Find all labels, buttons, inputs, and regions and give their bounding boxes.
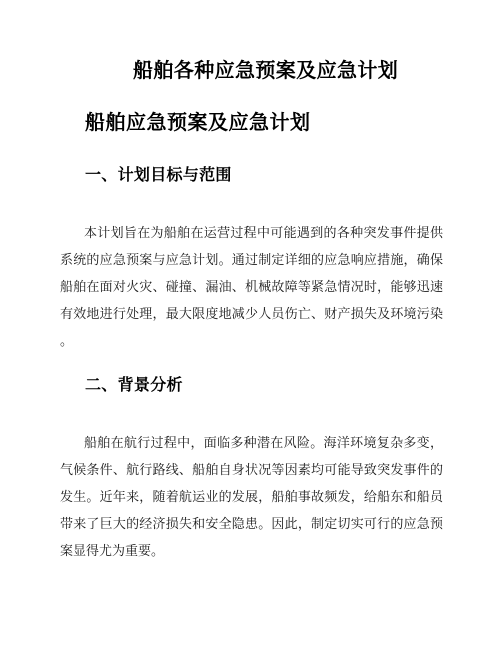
section-heading-plan-goals: 一、计划目标与范围: [85, 166, 232, 185]
paragraph-line: 船舶在航行过程中，面临多种潜在风险。海洋环境复杂多变，: [60, 429, 443, 456]
paragraph-line: 系统的应急预案与应急计划。通过制定详细的应急响应措施，确保: [60, 246, 443, 273]
paragraph-line: 带来了巨大的经济损失和安全隐患。因此，制定切实可行的应急预: [60, 510, 443, 537]
section-heading-background-analysis: 二、背景分析: [85, 376, 183, 395]
paragraph-line: 案显得尤为重要。: [60, 537, 443, 564]
paragraph-background-analysis: 船舶在航行过程中，面临多种潜在风险。海洋环境复杂多变，气候条件、航行路线、船舶自…: [60, 429, 443, 564]
paragraph-line: 。: [60, 327, 443, 354]
document-subtitle: 船舶应急预案及应急计划: [85, 112, 311, 135]
paragraph-line: 本计划旨在为船舶在运营过程中可能遇到的各种突发事件提供: [60, 219, 443, 246]
document-title: 船舶各种应急预案及应急计划: [133, 60, 398, 83]
paragraph-line: 有效地进行处理，最大限度地减少人员伤亡、财产损失及环境污染: [60, 300, 443, 327]
paragraph-line: 气候条件、航行路线、船舶自身状况等因素均可能导致突发事件的: [60, 456, 443, 483]
paragraph-line: 船舶在面对火灾、碰撞、漏油、机械故障等紧急情况时，能够迅速: [60, 273, 443, 300]
paragraph-line: 发生。近年来，随着航运业的发展，船舶事故频发，给船东和船员: [60, 483, 443, 510]
paragraph-plan-goals: 本计划旨在为船舶在运营过程中可能遇到的各种突发事件提供系统的应急预案与应急计划。…: [60, 219, 443, 354]
document-page: 船舶各种应急预案及应急计划 船舶应急预案及应急计划 一、计划目标与范围 本计划旨…: [0, 0, 500, 647]
